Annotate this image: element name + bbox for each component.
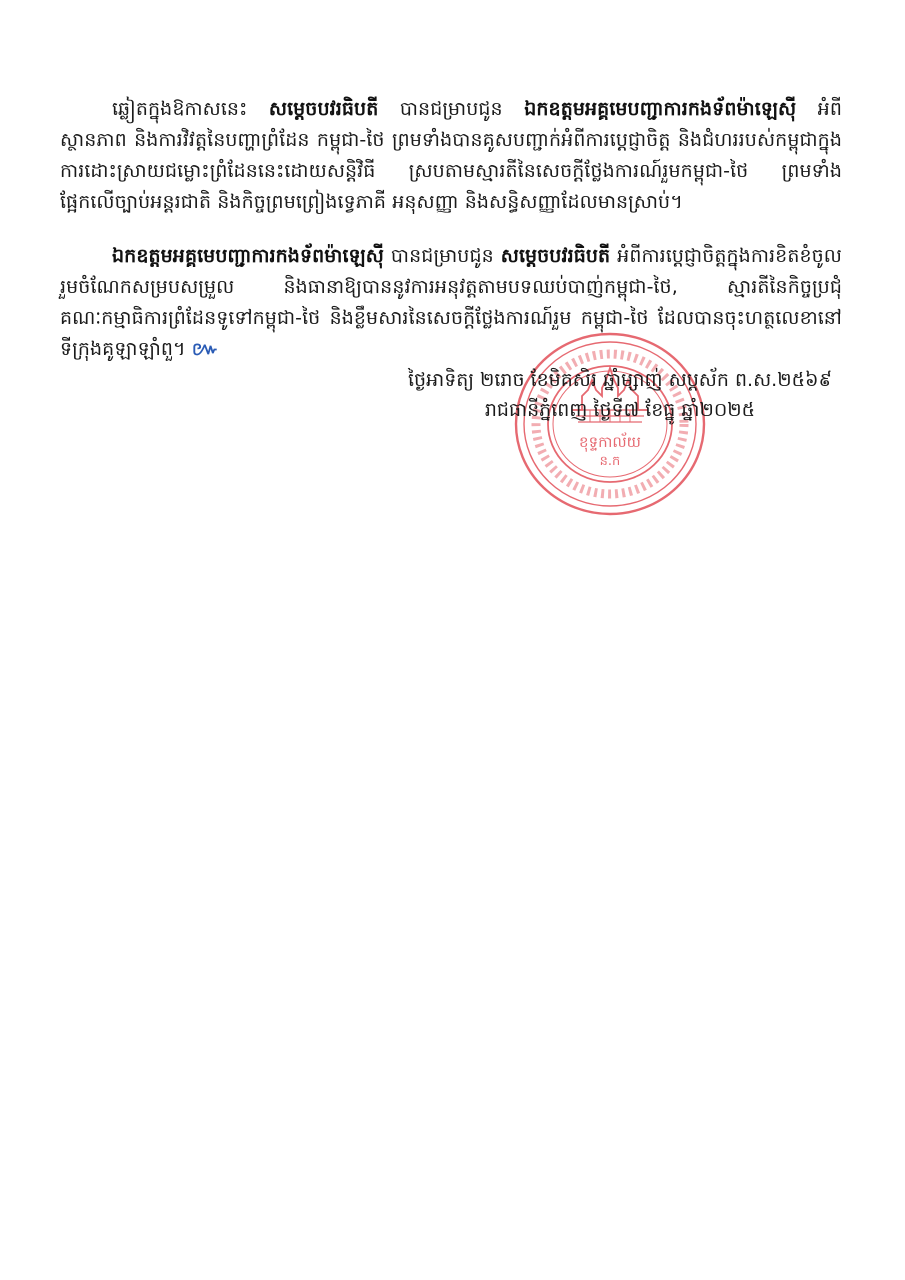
seal-sub-text: ន.ក <box>600 454 621 469</box>
document-page: ឆ្លៀតក្នុងឱកាសនេះ សម្តេចបវរធិបតី បានជម្រ… <box>0 0 905 1280</box>
date-line-place-gregorian: រាជធានីភ្នំពេញ ថ្ងៃទី៧ ខែធ្នូ ឆ្នាំ២០២៥ <box>400 395 840 425</box>
paragraph-1: ឆ្លៀតក្នុងឱកាសនេះ សម្តេចបវរធិបតី បានជម្រ… <box>60 94 842 218</box>
paragraph-1-seg-1: សម្តេចបវរធិបតី <box>269 98 378 120</box>
date-line-lunar: ថ្ងៃអាទិត្យ ២រោច ខែមិគសិរ ឆ្នាំម្សាញ់ សប… <box>400 365 840 395</box>
paragraph-2-seg-2: សម្តេចបវរធិបតី <box>501 245 610 267</box>
end-mark-icon: ៚ <box>192 338 219 360</box>
paragraph-2: ឯកឧត្តមអគ្គមេបញ្ជាការកងទ័ពម៉ាឡេស៊ី បានជម… <box>60 241 842 365</box>
seal-center-text: ខុទ្ទកាល័យ <box>579 432 641 452</box>
paragraph-2-seg-1: បានជម្រាបជូន <box>384 245 501 267</box>
paragraph-1-seg-2: បានជម្រាបជូន <box>378 98 524 120</box>
paragraph-1-seg-3: ឯកឧត្តមអគ្គមេបញ្ជាការកងទ័ពម៉ាឡេស៊ី <box>524 98 796 120</box>
paragraph-1-seg-0: ឆ្លៀតក្នុងឱកាសនេះ <box>112 98 269 120</box>
paragraph-2-seg-0: ឯកឧត្តមអគ្គមេបញ្ជាការកងទ័ពម៉ាឡេស៊ី <box>112 245 384 267</box>
